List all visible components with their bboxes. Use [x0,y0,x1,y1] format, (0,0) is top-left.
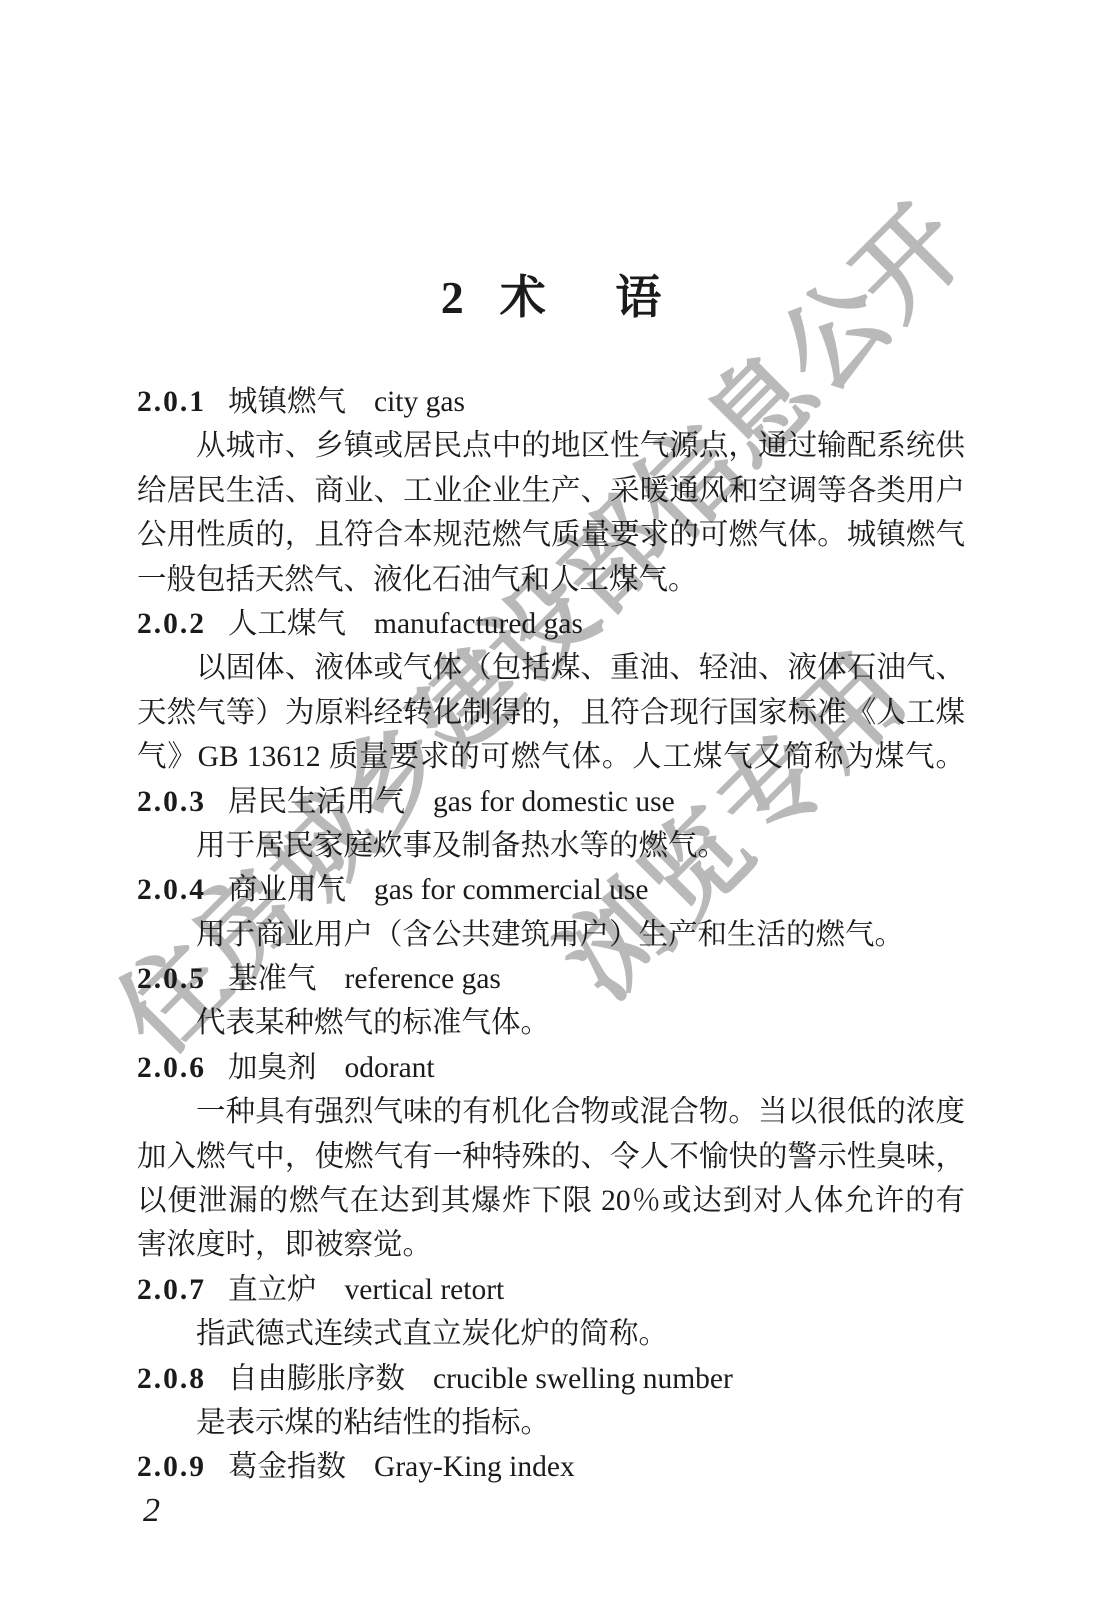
definition-line: 用于居民家庭炊事及制备热水等的燃气。 [137,824,965,868]
term-name-zh: 加臭剂 [228,1052,317,1084]
term-name-zh: 葛金指数 [228,1451,346,1483]
term-name-en: manufactured gas [374,608,583,640]
chapter-name: 术 语 [500,272,662,323]
term-name-en: reference gas [345,963,501,995]
definition-line: 以便泄漏的燃气在达到其爆炸下限 20％或达到对人体允许的有 [137,1179,965,1223]
term-number: 2.0.6 [137,1052,206,1084]
definition-line: 代表某种燃气的标准气体。 [137,1001,965,1045]
term-number: 2.0.9 [137,1451,206,1483]
definition-line: 害浓度时，即被察觉。 [137,1223,965,1267]
term-heading-2-0-1: 2.0.1城镇燃气city gas [137,380,965,424]
definition-line: 公用性质的，且符合本规范燃气质量要求的可燃气体。城镇燃气 [137,513,965,557]
definition-line: 气》GB 13612 质量要求的可燃气体。人工煤气又简称为煤气。 [137,735,965,779]
term-name-zh: 人工煤气 [228,608,346,640]
term-number: 2.0.2 [137,608,206,640]
term-name-zh: 居民生活用气 [228,786,405,818]
term-number: 2.0.3 [137,786,206,818]
term-number: 2.0.1 [137,386,206,418]
term-name-en: vertical retort [345,1274,505,1306]
term-heading-2-0-8: 2.0.8自由膨胀序数crucible swelling number [137,1357,965,1401]
definition-line: 加入燃气中，使燃气有一种特殊的、令人不愉快的警示性臭味， [137,1135,965,1179]
term-heading-2-0-3: 2.0.3居民生活用气gas for domestic use [137,780,965,824]
term-name-en: crucible swelling number [433,1363,733,1395]
term-name-zh: 直立炉 [228,1274,317,1306]
term-heading-2-0-2: 2.0.2人工煤气manufactured gas [137,602,965,646]
term-heading-2-0-9: 2.0.9葛金指数Gray-King index [137,1445,965,1489]
page-number: 2 [143,1492,160,1530]
term-heading-2-0-7: 2.0.7直立炉vertical retort [137,1268,965,1312]
term-name-en: gas for domestic use [433,786,675,818]
term-heading-2-0-4: 2.0.4商业用气gas for commercial use [137,868,965,912]
definition-line: 一种具有强烈气味的有机化合物或混合物。当以很低的浓度 [137,1090,965,1134]
definition-line: 给居民生活、商业、工业企业生产、采暖通风和空调等各类用户 [137,469,965,513]
term-heading-2-0-5: 2.0.5基准气reference gas [137,957,965,1001]
document-page: { "document": { "chapter_number": "2", "… [0,0,1103,1598]
definition-line: 从城市、乡镇或居民点中的地区性气源点，通过输配系统供 [137,424,965,468]
term-name-en: odorant [345,1052,435,1084]
term-name-zh: 自由膨胀序数 [228,1363,405,1395]
chapter-number: 2 [441,272,464,323]
term-name-zh: 商业用气 [228,874,346,906]
term-name-en: city gas [374,386,465,418]
term-number: 2.0.5 [137,963,206,995]
term-name-zh: 基准气 [228,963,317,995]
definition-line: 是表示煤的粘结性的指标。 [137,1401,965,1445]
definition-line: 一般包括天然气、液化石油气和人工煤气。 [137,558,965,602]
definition-line: 以固体、液体或气体（包括煤、重油、轻油、液体石油气、 [137,646,965,690]
term-number: 2.0.8 [137,1363,206,1395]
term-heading-2-0-6: 2.0.6加臭剂odorant [137,1046,965,1090]
terms-section: 2.0.1城镇燃气city gas 从城市、乡镇或居民点中的地区性气源点，通过输… [137,380,965,1490]
term-name-zh: 城镇燃气 [228,386,346,418]
term-number: 2.0.4 [137,874,206,906]
chapter-title: 2术 语 [137,261,965,327]
definition-line: 天然气等）为原料经转化制得的，且符合现行国家标准《人工煤 [137,691,965,735]
definition-line: 用于商业用户（含公共建筑用户）生产和生活的燃气。 [137,913,965,957]
definition-line: 指武德式连续式直立炭化炉的简称。 [137,1312,965,1356]
term-name-en: Gray-King index [374,1451,575,1483]
term-name-en: gas for commercial use [374,874,648,906]
term-number: 2.0.7 [137,1274,206,1306]
